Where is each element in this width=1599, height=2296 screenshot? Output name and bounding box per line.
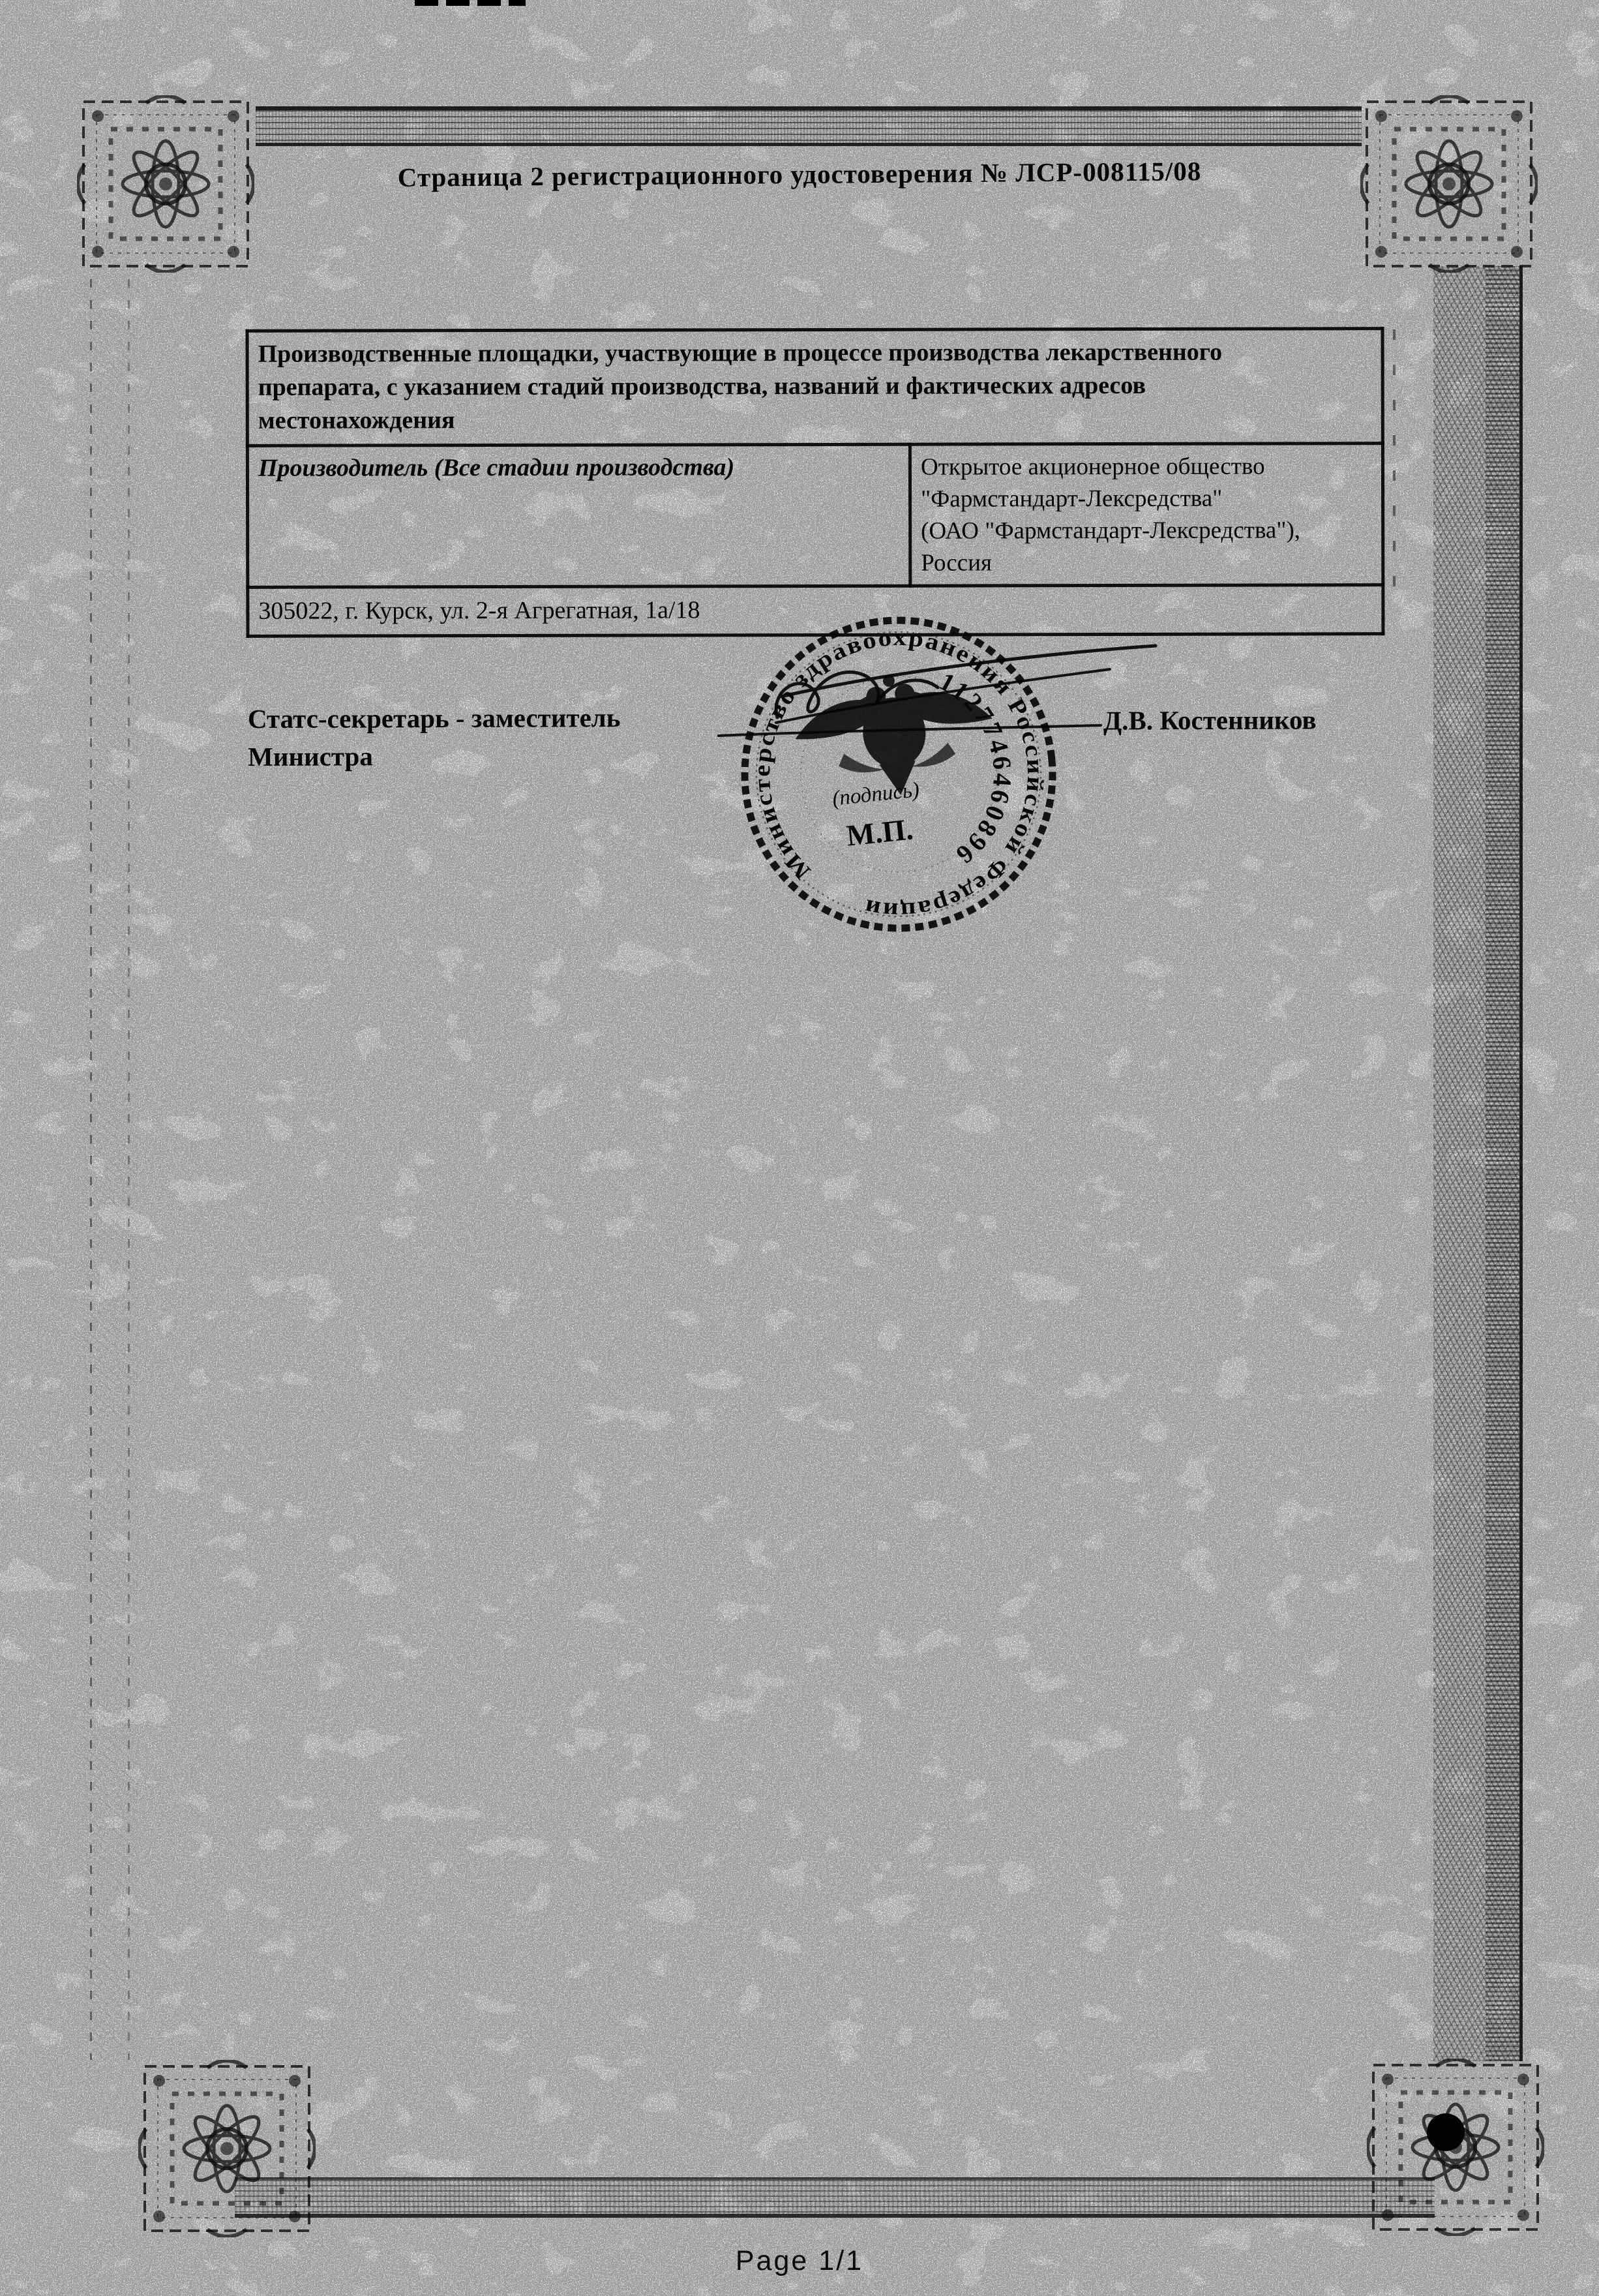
scan-artifact-dashes xyxy=(1393,329,1396,611)
seal-sign-placeholder: (подпись) xyxy=(831,778,921,811)
signature-stroke xyxy=(678,620,1187,776)
scan-ink-blot xyxy=(1427,2113,1465,2151)
footer-page-label: Page 1/1 xyxy=(0,2245,1599,2277)
border-dashed-line xyxy=(128,279,130,2060)
border-band-right-core xyxy=(1486,266,1519,2061)
scan-edge-dash xyxy=(415,0,526,6)
table-row: Производитель (Все стадии производства) … xyxy=(247,444,1382,588)
producer-value-cell: Открытое акционерное общество "Фармстанд… xyxy=(910,444,1382,586)
border-band-bottom xyxy=(235,2177,1435,2218)
border-band-top xyxy=(256,106,1362,146)
signatory-position: Статс-секретарь - заместитель Министра xyxy=(248,699,621,776)
scanned-certificate-page: { "page": { "header_title": "Страница 2 … xyxy=(0,0,1599,2296)
border-band-left xyxy=(82,279,138,2060)
producer-label-cell: Производитель (Все стадии производства) xyxy=(247,444,910,587)
border-dashed-line xyxy=(90,279,92,2060)
border-band-right xyxy=(1433,266,1523,2061)
table-header-cell: Производственные площадки, участвующие в… xyxy=(247,329,1382,446)
seal-stamp-abbr: М.П. xyxy=(845,812,915,852)
production-sites-table: Производственные площадки, участвующие в… xyxy=(246,327,1385,638)
table-row: Производственные площадки, участвующие в… xyxy=(247,329,1382,446)
corner-ornament-bottom-left xyxy=(138,2060,316,2237)
